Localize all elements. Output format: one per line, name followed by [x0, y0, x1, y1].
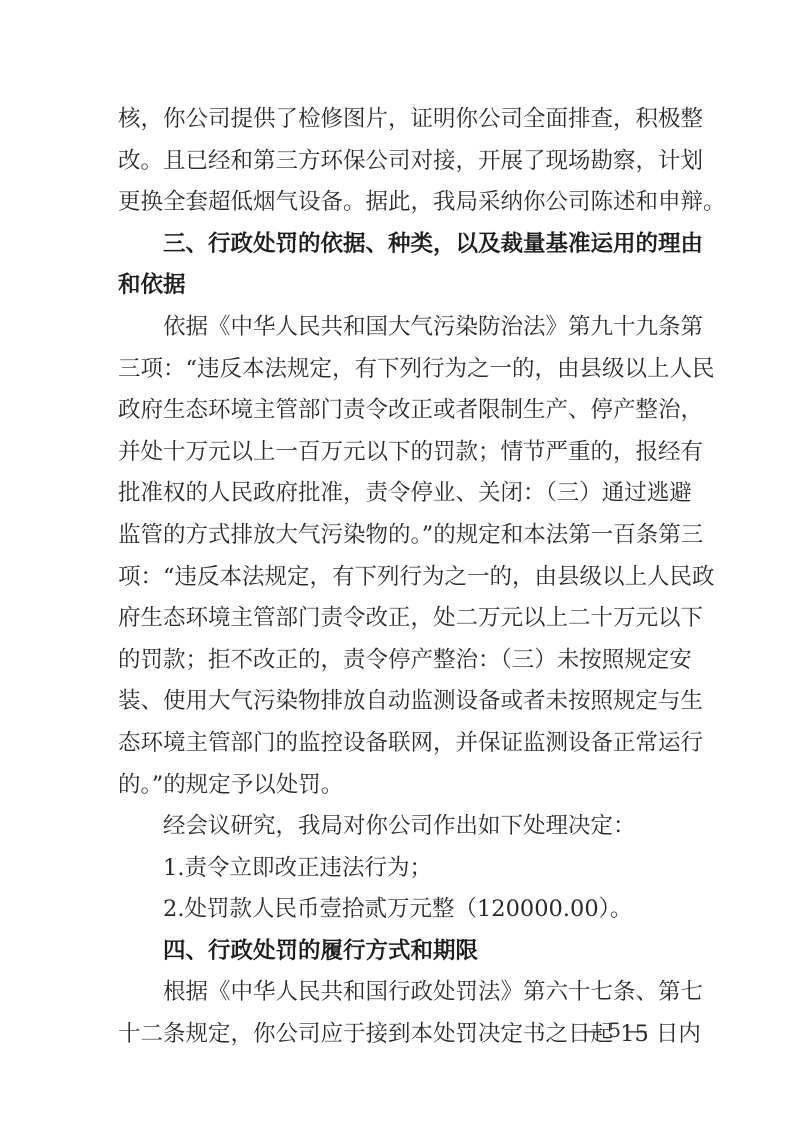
paragraph-line: 并处十万元以上一百万元以下的罚款；情节严重的，报经有: [118, 432, 674, 474]
paragraph-line: 批准权的人民政府批准，责令停业、关闭：（三）通过逃避: [118, 473, 674, 515]
section-heading-4: 四、行政处罚的履行方式和期限: [118, 931, 674, 973]
decision-item-1: 1.责令立即改正违法行为；: [118, 848, 674, 890]
paragraph-line: 改。且已经和第三方环保公司对接，开展了现场勘察，计划: [118, 141, 674, 183]
paragraph-line: 府生态环境主管部门责令改正，处二万元以上二十万元以下: [118, 598, 674, 640]
paragraph-line: 态环境主管部门的监控设备联网，并保证监测设备正常运行: [118, 723, 674, 765]
paragraph-line: 依据《中华人民共和国大气污染防治法》第九十九条第: [118, 307, 674, 349]
paragraph-line: 更换全套超低烟气设备。据此，我局采纳你公司陈述和申辩。: [118, 182, 674, 224]
paragraph-line: 监管的方式排放大气污染物的。”的规定和本法第一百条第三: [118, 515, 674, 557]
paragraph-line: 政府生态环境主管部门责令改正或者限制生产、停产整治，: [118, 390, 674, 432]
paragraph-line: 三项：“违反本法规定，有下列行为之一的，由县级以上人民: [118, 349, 674, 391]
document-page: 核，你公司提供了检修图片，证明你公司全面排查，积极整 改。且已经和第三方环保公司…: [118, 99, 674, 1056]
paragraph-line: 的罚款；拒不改正的，责令停产整治：（三）未按照规定安: [118, 640, 674, 682]
decision-intro: 经会议研究，我局对你公司作出如下处理决定：: [118, 806, 674, 848]
page-number: — 5 —: [582, 1018, 647, 1042]
decision-item-2: 2.处罚款人民币壹拾贰万元整（120000.00）。: [118, 889, 674, 931]
paragraph-line: 装、使用大气污染物排放自动监测设备或者未按照规定与生: [118, 681, 674, 723]
paragraph-line: 根据《中华人民共和国行政处罚法》第六十七条、第七: [118, 972, 674, 1014]
section-heading-3: 三、行政处罚的依据、种类，以及裁量基准运用的理由: [118, 224, 674, 266]
paragraph-line: 的。”的规定予以处罚。: [118, 765, 674, 807]
paragraph-line: 核，你公司提供了检修图片，证明你公司全面排查，积极整: [118, 99, 674, 141]
paragraph-line: 项：“违反本法规定，有下列行为之一的，由县级以上人民政: [118, 557, 674, 599]
section-heading-3-cont: 和依据: [118, 265, 674, 307]
